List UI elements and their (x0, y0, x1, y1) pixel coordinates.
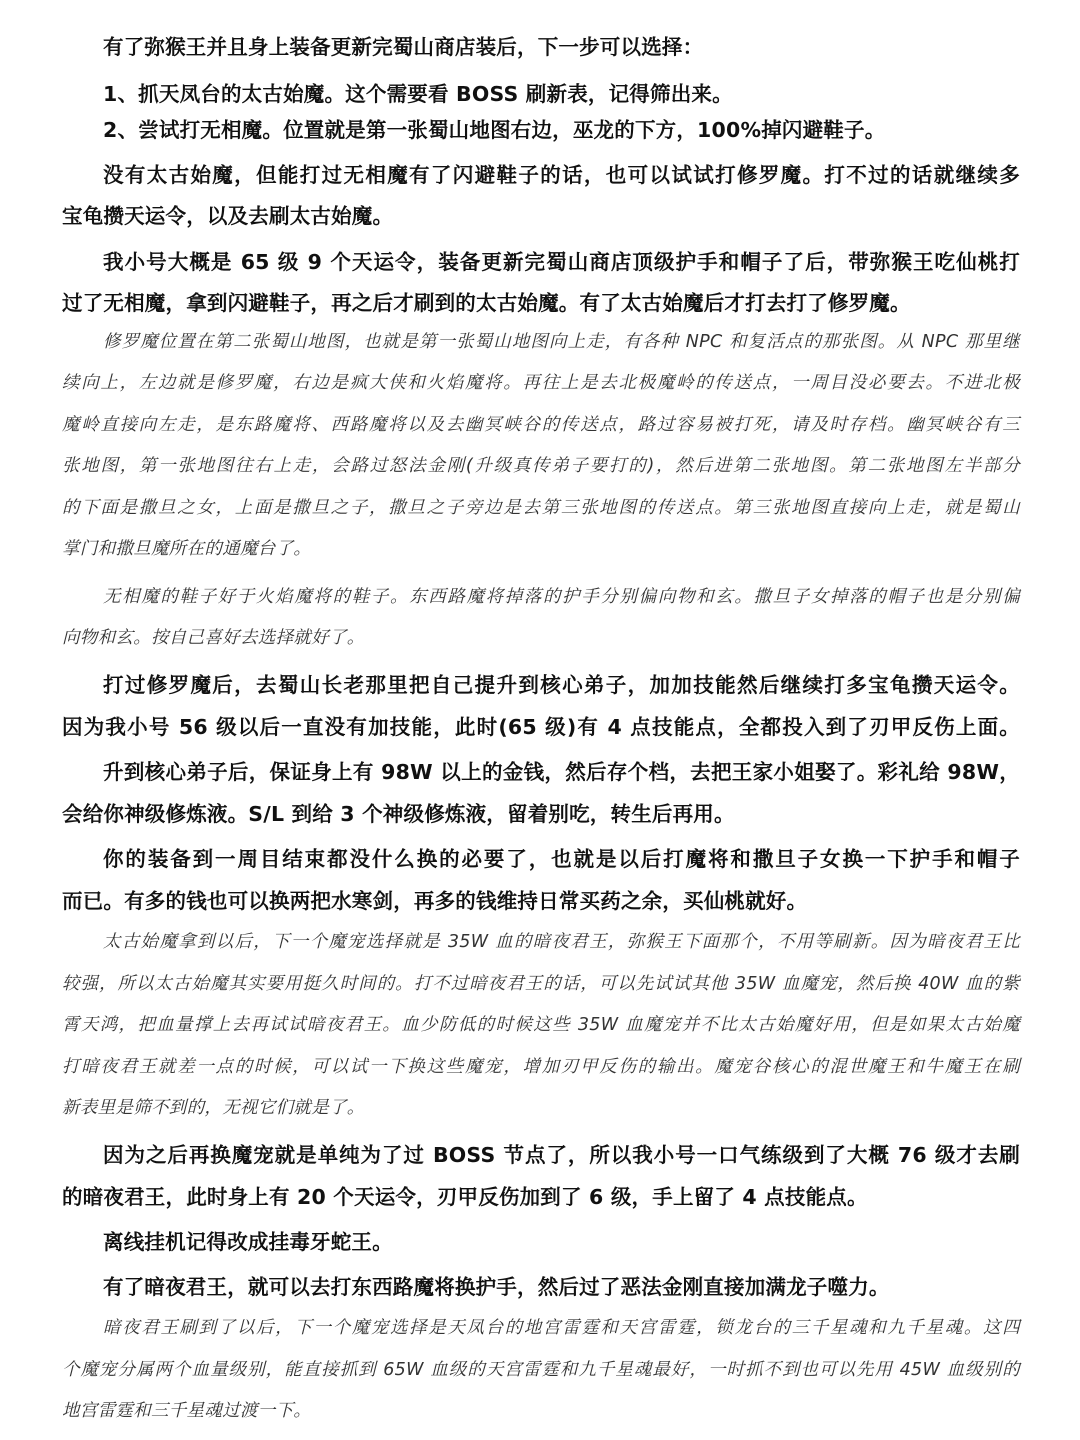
body-text-line: 有了弥猴王并且身上装备更新完蜀山商店装后，下一步可以选择： (103, 30, 1020, 60)
body-text-line: 1、抓天凤台的太古始魔。这个需要看 BOSS 刷新表，记得筛出来。 (103, 77, 1020, 107)
note-text-line: 暗夜君王刷到了以后，下一个魔宠选择是天凤台的地宫雷霆和天宫雷霆，锁龙台的三千星魂… (103, 1314, 1020, 1339)
note-text-line: 张地图，第一张地图往右上走，会路过怒法金刚(升级真传弟子要打的)，然后进第二张地… (62, 452, 1020, 477)
body-text-line: 过了无相魔，拿到闪避鞋子，再之后才刷到的太古始魔。有了太古始魔后才打去打了修罗魔… (62, 286, 1020, 316)
body-text-line: 离线挂机记得改成挂毒牙蛇王。 (103, 1225, 1020, 1255)
body-text-line: 而已。有多的钱也可以换两把水寒剑，再多的钱维持日常买药之余，买仙桃就好。 (62, 884, 1020, 914)
note-text-line: 个魔宠分属两个血量级别，能直接抓到 65W 血级的天宫雷霆和九千星魂最好，一时抓… (62, 1356, 1020, 1381)
note-text-line: 霄天鸿，把血量撑上去再试试暗夜君王。血少防低的时候这些 35W 血魔宠并不比太古… (62, 1011, 1020, 1036)
body-text-line: 我小号大概是 65 级 9 个天运令，装备更新完蜀山商店顶级护手和帽子了后，带弥… (103, 245, 1020, 275)
note-text-line: 无相魔的鞋子好于火焰魔将的鞋子。东西路魔将掉落的护手分别偏向物和玄。撒旦子女掉落… (103, 583, 1020, 608)
note-text-line: 较强，所以太古始魔其实要用挺久时间的。打不过暗夜君王的话，可以先试试其他 35W… (62, 970, 1020, 995)
note-text-line: 打暗夜君王就差一点的时候，可以试一下换这些魔宠，增加刃甲反伤的输出。魔宠谷核心的… (62, 1053, 1020, 1078)
note-text-line: 太古始魔拿到以后，下一个魔宠选择就是 35W 血的暗夜君王，弥猴王下面那个，不用… (103, 928, 1020, 953)
note-text-line: 新表里是筛不到的，无视它们就是了。 (62, 1094, 1020, 1119)
note-text-line: 地宫雷霆和三千星魂过渡一下。 (62, 1397, 1020, 1422)
body-text-line: 宝龟攒天运令，以及去刷太古始魔。 (62, 199, 1020, 229)
note-text-line: 的下面是撒旦之女，上面是撒旦之子，撒旦之子旁边是去第三张地图的传送点。第三张地图… (62, 494, 1020, 519)
body-text-line: 因为之后再换魔宠就是单纯为了过 BOSS 节点了，所以我小号一口气练级到了大概 … (103, 1138, 1020, 1168)
note-text-line: 掌门和撒旦魔所在的通魔台了。 (62, 535, 1020, 560)
body-text-line: 打过修罗魔后，去蜀山长老那里把自己提升到核心弟子，加加技能然后继续打多宝龟攒天运… (103, 668, 1020, 698)
body-text-line: 的暗夜君王，此时身上有 20 个天运令，刃甲反伤加到了 6 级，手上留了 4 点… (62, 1180, 1020, 1210)
body-text-line: 2、尝试打无相魔。位置就是第一张蜀山地图右边，巫龙的下方，100%掉闪避鞋子。 (103, 113, 1020, 143)
body-text-line: 因为我小号 56 级以后一直没有加技能，此时(65 级)有 4 点技能点，全都投… (62, 710, 1020, 740)
body-text-line: 有了暗夜君王，就可以去打东西路魔将换护手，然后过了恶法金刚直接加满龙子噬力。 (103, 1270, 1020, 1300)
note-text-line: 续向上，左边就是修罗魔，右边是疯大侠和火焰魔将。再往上是去北极魔岭的传送点，一周… (62, 369, 1020, 394)
note-text-line: 向物和玄。按自己喜好去选择就好了。 (62, 624, 1020, 649)
body-text-line: 升到核心弟子后，保证身上有 98W 以上的金钱，然后存个档，去把王家小姐娶了。彩… (103, 755, 1020, 785)
note-text-line: 魔岭直接向左走，是东路魔将、西路魔将以及去幽冥峡谷的传送点，路过容易被打死，请及… (62, 411, 1020, 436)
body-text-line: 会给你神级修炼液。S/L 到给 3 个神级修炼液，留着别吃，转生后再用。 (62, 797, 1020, 827)
note-text-line: 修罗魔位置在第二张蜀山地图，也就是第一张蜀山地图向上走，有各种 NPC 和复活点… (103, 328, 1020, 353)
body-text-line: 没有太古始魔，但能打过无相魔有了闪避鞋子的话，也可以试试打修罗魔。打不过的话就继… (103, 158, 1020, 188)
document-page: 有了弥猴王并且身上装备更新完蜀山商店装后，下一步可以选择：1、抓天凤台的太古始魔… (0, 0, 1080, 1440)
body-text-line: 你的装备到一周目结束都没什么换的必要了，也就是以后打魔将和撒旦子女换一下护手和帽… (103, 842, 1020, 872)
